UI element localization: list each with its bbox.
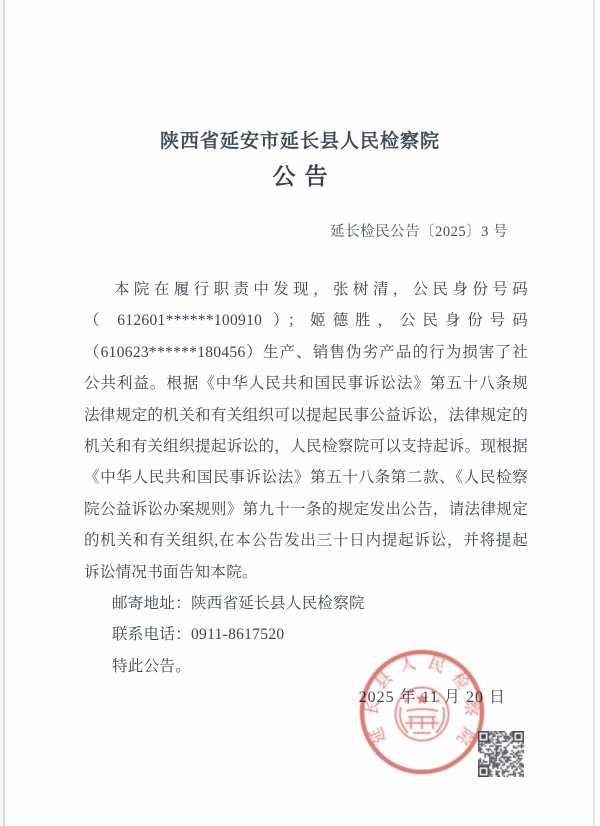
scan-right-edge-line — [593, 0, 595, 826]
body-line: 院公益诉讼办案规则》第九十一条的规定发出公告，请法律规定 — [84, 494, 528, 525]
document-number: 延长检民公告〔2025〕3 号 — [0, 220, 508, 241]
body-line: 诉讼情况书面告知本院。 — [84, 557, 528, 588]
body-line: 法律规定的机关和有关组织可以提起民事公益诉讼，法律规定的 — [84, 400, 528, 431]
official-red-seal-icon: 延长县人民检察院 — [355, 645, 489, 779]
body-line: 的机关和有关组织,在本公告发出三十日内提起诉讼，并将提起 — [84, 525, 528, 556]
issuing-organization-title: 陕西省延安市延长县人民检察院 — [0, 126, 600, 153]
body-line: 机关和有关组织提起诉讼的，人民检察院可以支持起诉。现根据 — [84, 431, 528, 462]
emblem-big-star-icon — [415, 692, 428, 705]
body-line: （610623******180456）生产、销售伪劣产品的行为损害了社会 — [84, 337, 528, 368]
body-line: 公共利益。根据《中华人民共和国民事诉讼法》第五十八条规定， — [84, 368, 528, 399]
emblem-gate-icon — [400, 707, 444, 733]
body-line: 本院在履行职责中发现，张树清，公民身份号码 — [84, 274, 528, 305]
body-line: （ 612601******100910 ）；姬德胜，公民身份号码 — [84, 305, 528, 336]
scanned-document-page: 陕西省延安市延长县人民检察院 公告 延长检民公告〔2025〕3 号 本院在履行职… — [0, 0, 600, 826]
body-line: 《中华人民共和国民事诉讼法》第五十八条第二款、《人民检察 — [84, 462, 528, 493]
document-title: 公告 — [0, 158, 600, 191]
scan-left-edge-line — [3, 0, 5, 826]
qr-code — [478, 731, 524, 777]
mailing-address-line: 邮寄地址：陕西省延长县人民检察院 — [84, 588, 528, 619]
